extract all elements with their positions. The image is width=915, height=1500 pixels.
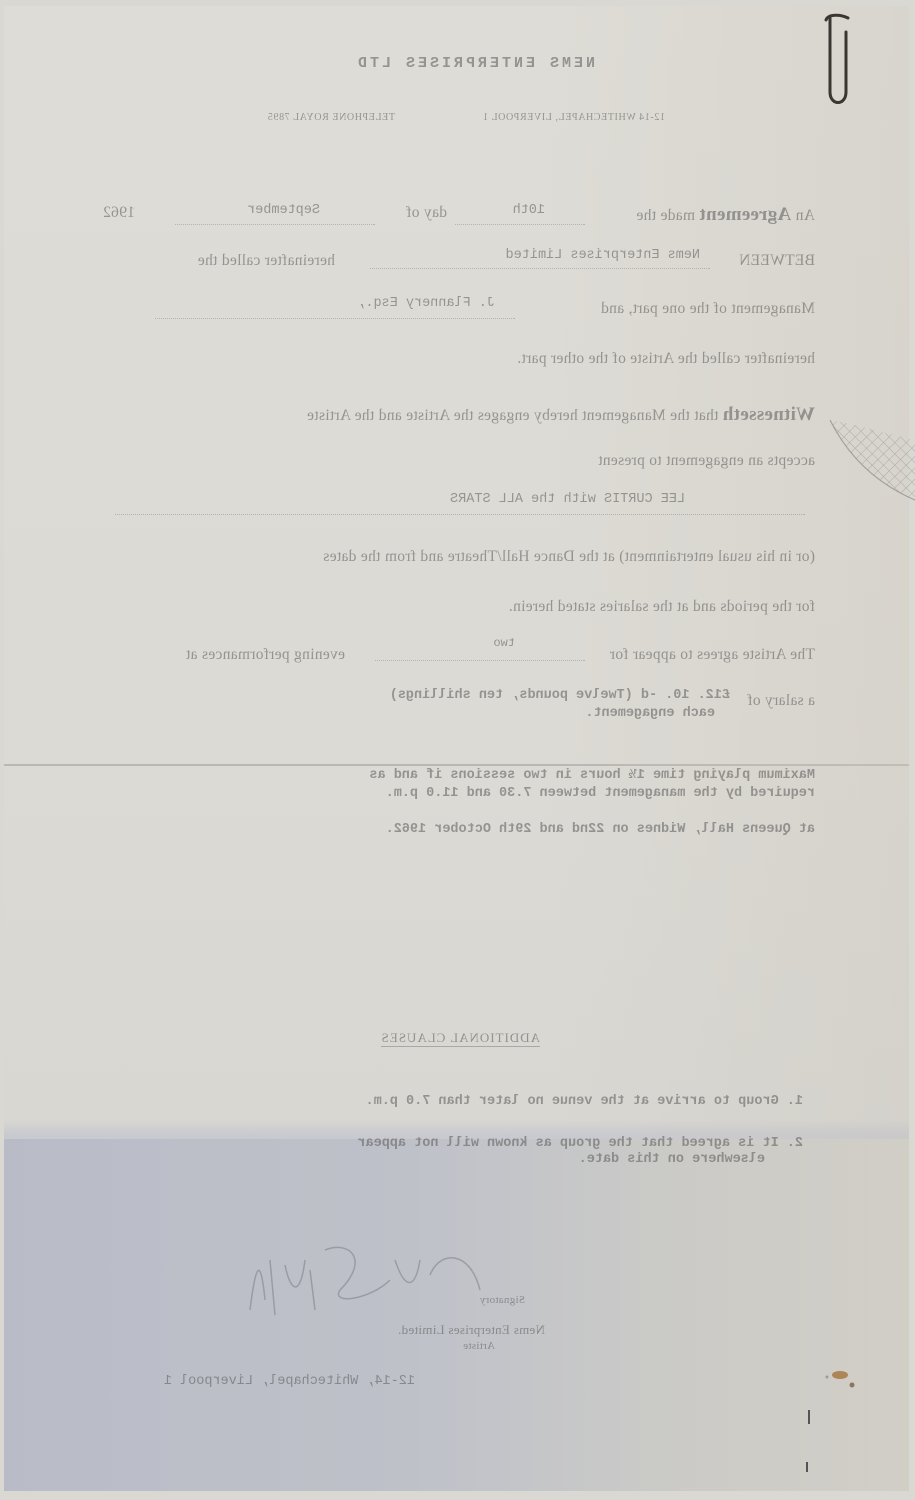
agreement-day: 10th bbox=[513, 203, 545, 218]
salary-value: £12. 10. -d (Twelve pounds, ten shilling… bbox=[390, 688, 730, 703]
ink-mark bbox=[808, 1410, 810, 1424]
letterhead-company: NEMS ENTERPRISES LTD bbox=[355, 55, 595, 72]
agreement-month: September bbox=[247, 203, 320, 218]
paperclip-icon bbox=[820, 10, 850, 110]
appear-prefix: The Artiste agrees to appear for bbox=[610, 646, 815, 664]
playing-time-line-1: Maximum playing time 1½ hours in two ses… bbox=[369, 768, 815, 783]
agreement-word: Agreement bbox=[699, 204, 791, 225]
playing-time-line-2: required by the management between 7.30 … bbox=[386, 786, 815, 801]
artiste-label: Artiste bbox=[463, 1340, 495, 1352]
party-1: Nems Enterprises Limited bbox=[506, 248, 700, 263]
witnesseth-word: Witnesseth bbox=[723, 404, 815, 425]
handwritten-signature bbox=[230, 1230, 490, 1330]
appear-suffix: evening performances at bbox=[186, 646, 345, 664]
clause-1: 1. Group to arrive at the venue no later… bbox=[366, 1094, 803, 1109]
between-label: BETWEEN bbox=[739, 252, 815, 270]
periods-line: for the periods and at the salaries stat… bbox=[509, 598, 815, 616]
party-1-suffix: hereinafter called the bbox=[198, 252, 335, 270]
agreement-made: made the bbox=[636, 207, 695, 224]
rust-stain bbox=[822, 1365, 862, 1395]
letterhead-telephone: TELEPHONE ROYAL 7895 bbox=[267, 112, 395, 123]
agreement-day-of: day of bbox=[406, 204, 447, 222]
act-name: LEE CURTIS with the ALL STARS bbox=[450, 492, 685, 507]
agreement-an: An bbox=[795, 207, 815, 224]
letterhead-address: 12-14 WHITECHAPEL, LIVERPOOL 1 bbox=[483, 112, 665, 123]
witnesseth-text: that the Management hereby engages the A… bbox=[307, 407, 719, 424]
clause-2-line-1: 2. It is agreed that the group as known … bbox=[357, 1136, 803, 1151]
usual-entertainment-line: (or in his usual entertainment) at the D… bbox=[323, 548, 815, 566]
management-line: Management of the one part, and bbox=[601, 300, 815, 318]
signature-address-line: 12-14, Whitechapel, Liverpool 1 bbox=[164, 1374, 415, 1389]
agreement-year: 1962 bbox=[103, 204, 135, 222]
salary-prefix: a salary of bbox=[747, 692, 815, 710]
accepts-line: accepts an engagement to present bbox=[598, 452, 815, 470]
salary-continuation: each engagement. bbox=[585, 706, 715, 721]
crosshatch-emboss bbox=[810, 380, 915, 520]
appear-count: two bbox=[493, 636, 515, 650]
party-2: J. Flannery Esq., bbox=[357, 296, 495, 311]
additional-clauses-heading: ADDITIONAL CLAUSES bbox=[381, 1030, 540, 1047]
clause-2-line-2: elsewhere on this date. bbox=[579, 1152, 765, 1167]
artiste-line: hereinafter called the Artiste of the ot… bbox=[517, 350, 815, 368]
ink-mark bbox=[806, 1462, 808, 1472]
venue-line: at Queens Hall, Widnes on 22nd and 29th … bbox=[386, 822, 815, 837]
